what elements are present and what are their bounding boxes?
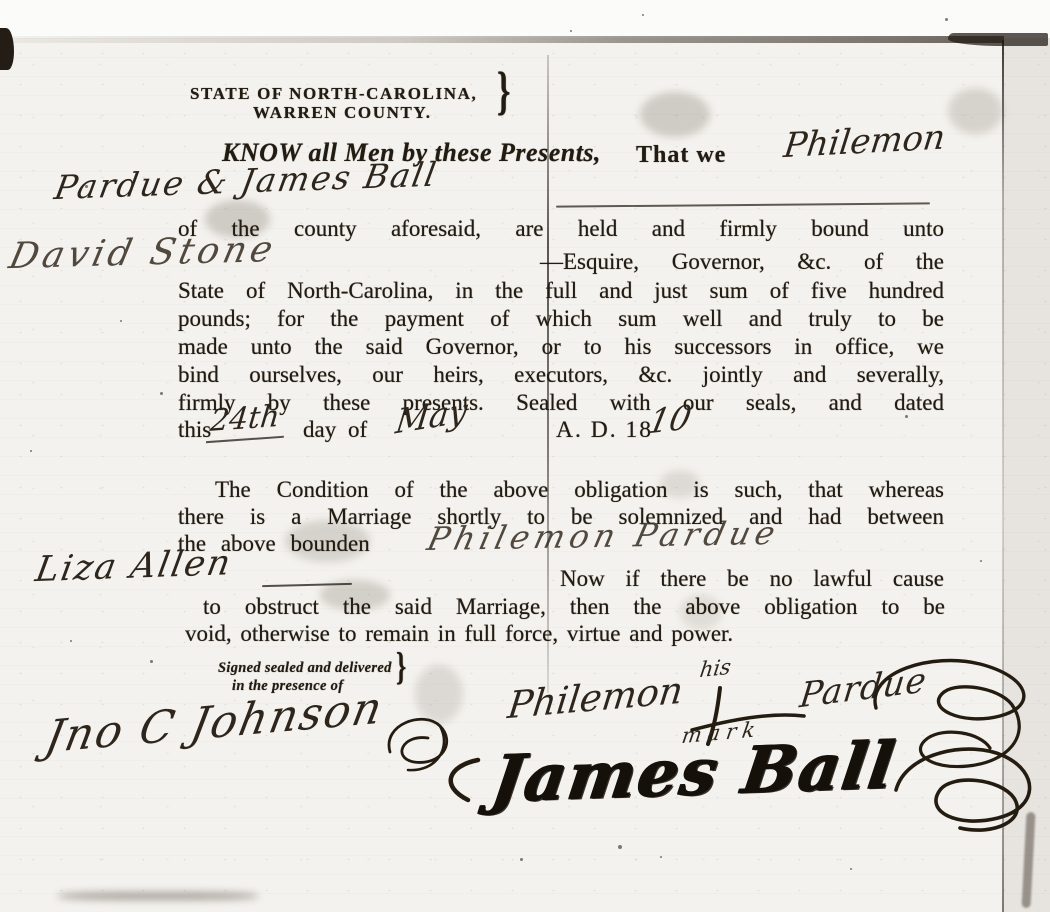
handwritten-governor-name: David Stone bbox=[5, 229, 280, 277]
condition-line-1: The Condition of the above obligation is… bbox=[215, 476, 944, 503]
paper-speck bbox=[980, 560, 982, 562]
condition-line-5: to obstruct the said Marriage, then the … bbox=[203, 593, 945, 620]
paper-speck bbox=[850, 868, 852, 870]
bond-line-1: of the county aforesaid, are held and fi… bbox=[178, 215, 944, 242]
bondsman-leading-flourish bbox=[438, 756, 482, 804]
mark-his-label: his bbox=[698, 655, 732, 683]
bond-line-4: pounds; for the payment of which sum wel… bbox=[178, 305, 944, 332]
paper-speck bbox=[660, 856, 662, 858]
header-state-line: STATE OF NORTH-CAROLINA, bbox=[190, 84, 477, 104]
attestation-line-1: Signed sealed and delivered bbox=[218, 660, 392, 677]
handwritten-groom-name: Philemon Pardue bbox=[424, 514, 784, 558]
paper-speck bbox=[150, 660, 153, 663]
handwritten-bride-name: Liza Allen bbox=[32, 543, 235, 590]
handwritten-day: 24th bbox=[206, 398, 288, 443]
paper-top-edge bbox=[0, 36, 1004, 43]
bond-line-2: —Esquire, Governor, &c. of the bbox=[540, 248, 944, 275]
opening-that-we: That we bbox=[636, 142, 726, 169]
paper-speck bbox=[945, 18, 948, 21]
scanned-marriage-bond: STATE OF NORTH-CAROLINA, WARREN COUNTY. … bbox=[0, 0, 1050, 912]
paper-speck bbox=[570, 30, 572, 32]
paper-speck bbox=[618, 845, 622, 849]
bondsman-signature: James Ball bbox=[487, 728, 900, 817]
date-ad-label: A. D. 18 bbox=[556, 417, 653, 444]
condition-line-4: Now if there be no lawful cause bbox=[560, 565, 944, 592]
corner-stain-top-left bbox=[0, 28, 14, 70]
paper-speck bbox=[30, 450, 32, 452]
header-brace: } bbox=[497, 64, 510, 123]
attestation-brace: } bbox=[396, 645, 406, 690]
bond-line-3: State of North-Carolina, in the full and… bbox=[178, 277, 944, 304]
bond-line-6: bind ourselves, our heirs, executors, &c… bbox=[178, 361, 944, 388]
ink-smudge bbox=[640, 92, 710, 137]
seal-flourish-bondsman bbox=[882, 728, 1044, 840]
paper-speck bbox=[70, 640, 72, 642]
bottom-edge-smudge bbox=[58, 892, 258, 900]
paper-speck bbox=[642, 14, 644, 16]
header-county-line: WARREN COUNTY. bbox=[253, 103, 432, 123]
date-day-of-label: day of bbox=[303, 417, 367, 443]
paper-speck bbox=[120, 320, 122, 322]
paper-speck bbox=[160, 392, 163, 395]
condition-line-6: void, otherwise to remain in full force,… bbox=[185, 621, 733, 647]
bond-line-7: firmly by these presents. Sealed with ou… bbox=[178, 389, 944, 416]
paper-speck bbox=[520, 858, 523, 861]
bond-line-5: made unto the said Governor, or to his s… bbox=[178, 333, 944, 360]
ink-smudge bbox=[948, 88, 1003, 134]
